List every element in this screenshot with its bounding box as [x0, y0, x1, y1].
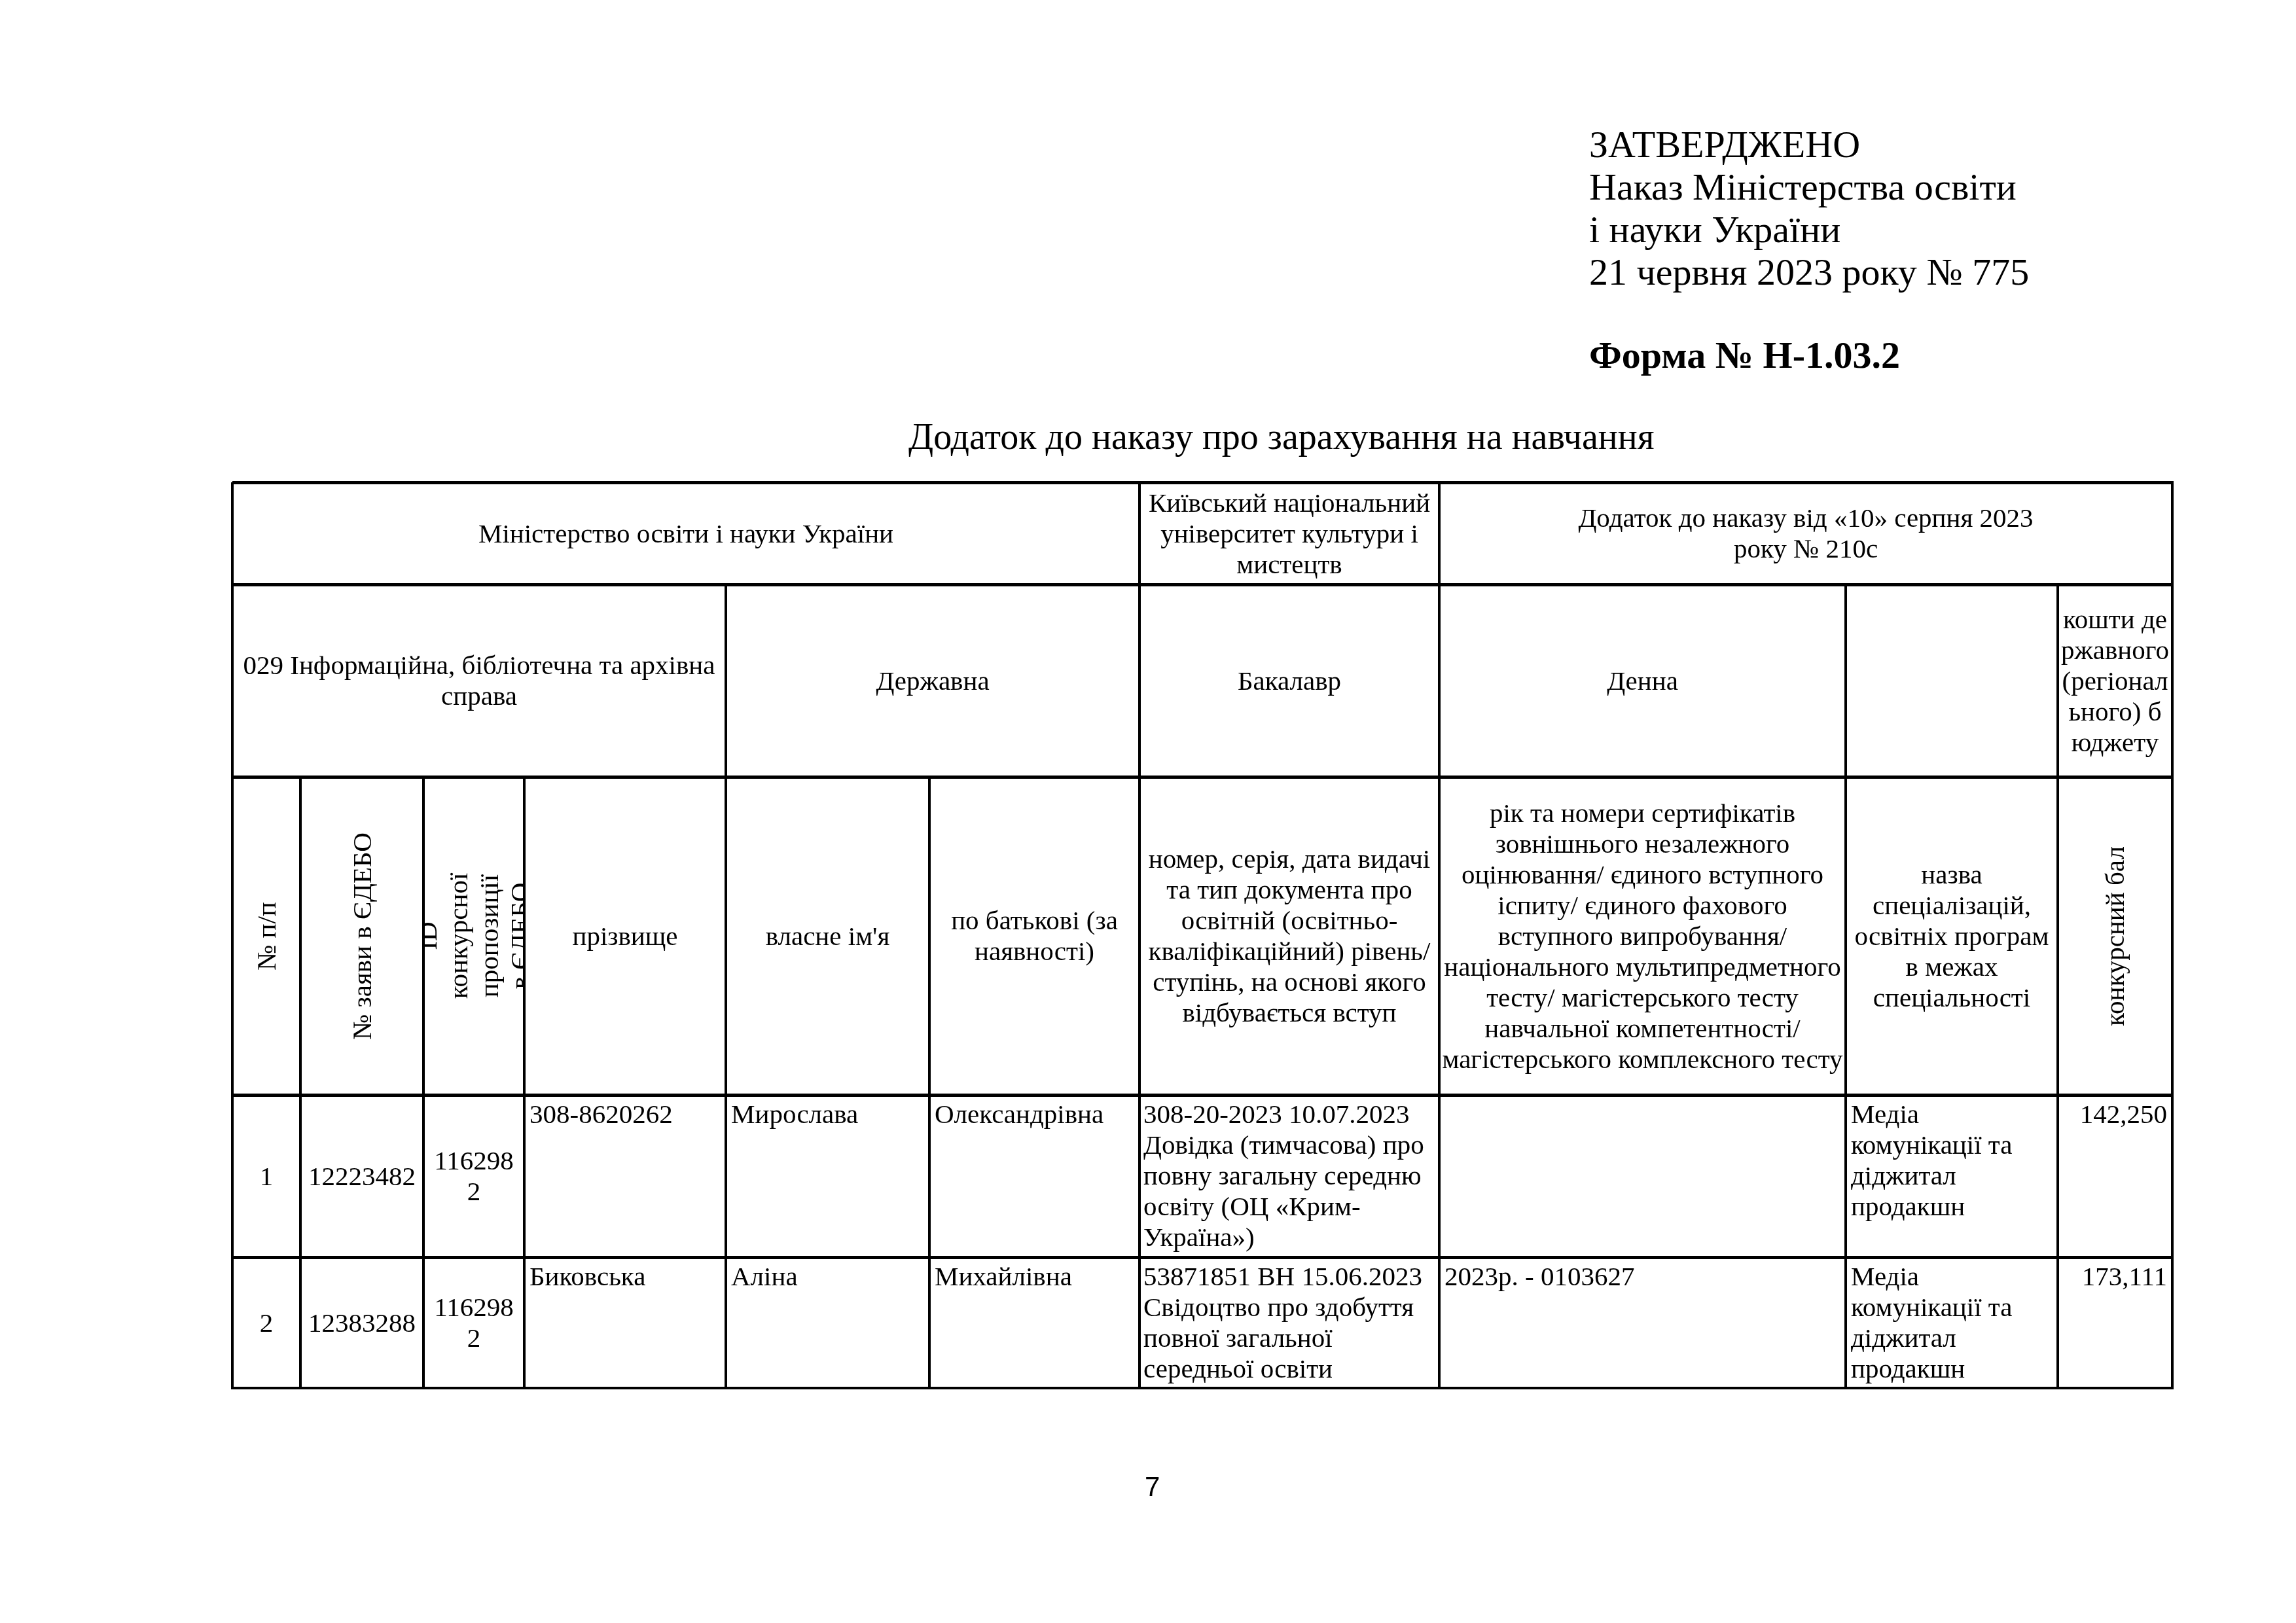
table-row-1-certificates	[1439, 1095, 1846, 1257]
cell-text: 2023р. - 0103627	[1444, 1261, 1634, 1292]
cell-text: 2	[260, 1308, 274, 1338]
col-divider	[2056, 584, 2059, 1389]
header-empty	[1846, 584, 2058, 777]
col-header-certificates: рік та номери сертифікатів зовнішнього н…	[1439, 777, 1846, 1095]
col-header-program: назва спеціалізацій, освітніх програм в …	[1846, 777, 2058, 1095]
col-divider	[1844, 584, 1847, 1389]
enrollment-table: Міністерство освіти і науки України Київ…	[232, 482, 2172, 1388]
header-university: Київський національний університет культ…	[1139, 482, 1439, 584]
approval-line: Наказ Міністерства освіти	[1589, 166, 2029, 208]
document-title: Додаток до наказу про зарахування на нав…	[908, 416, 1655, 458]
page-number: 7	[1145, 1472, 1160, 1501]
cell-text: Михайлівна	[935, 1261, 1072, 1292]
table-row-2-first-name: Аліна	[726, 1257, 929, 1388]
col-header-first-name: власне ім'я	[726, 777, 929, 1095]
col-divider	[422, 777, 425, 1389]
col-header-certificates-text: рік та номери сертифікатів зовнішнього н…	[1442, 798, 1843, 1075]
table-row-2-num: 2	[232, 1257, 300, 1388]
table-row-2-surname: Биковська	[524, 1257, 726, 1388]
approval-block: ЗАТВЕРДЖЕНО Наказ Міністерства освіти і …	[1589, 123, 2029, 293]
cell-text: Аліна	[731, 1261, 798, 1292]
table-row-2-score: 173,111	[2058, 1257, 2172, 1388]
table-row-2-offer-id: 1162982	[423, 1257, 524, 1388]
col-header-document-text: номер, серія, дата видачі та тип докумен…	[1142, 844, 1437, 1028]
header-ownership-text: Державна	[876, 666, 989, 696]
col-header-score: конкурсний бал	[2058, 777, 2172, 1095]
col-header-document: номер, серія, дата видачі та тип докумен…	[1139, 777, 1439, 1095]
col-header-score-text: конкурсний бал	[2100, 846, 2130, 1026]
cell-text: Медіа комунікації та діджитал продакшн	[1851, 1261, 2018, 1384]
cell-text: 1	[260, 1161, 274, 1192]
header-specialty-text: 029 Інформаційна, бібліотечна та архівна…	[235, 650, 723, 711]
col-header-application-id-text: № заяви в ЄДЕБО	[347, 832, 378, 1040]
col-divider	[928, 777, 931, 1389]
col-header-offer-id: ID конкурсної пропозиції в ЄДЕБО	[423, 777, 524, 1095]
cell-text: 12383288	[308, 1308, 416, 1338]
approval-line: ЗАТВЕРДЖЕНО	[1589, 123, 2029, 166]
col-header-first-name-text: власне ім'я	[766, 921, 890, 952]
col-header-patronymic-text: по батькові (за наявності)	[939, 905, 1130, 967]
table-row-1-application-id: 12223482	[300, 1095, 423, 1257]
col-divider	[1438, 482, 1441, 1389]
table-row-1-surname: 308-8620262	[524, 1095, 726, 1257]
header-order-text: Додаток до наказу від «10» серпня 2023 р…	[1557, 503, 2054, 564]
table-row-1-program: Медіа комунікації та діджитал продакшн	[1846, 1095, 2058, 1257]
cell-text: Медіа комунікації та діджитал продакшн	[1851, 1099, 2018, 1222]
table-row-2-patronymic: Михайлівна	[929, 1257, 1139, 1388]
cell-text: 12223482	[308, 1161, 416, 1192]
table-row-1-offer-id: 1162982	[423, 1095, 524, 1257]
col-divider	[299, 777, 302, 1389]
table-border-top	[232, 481, 2174, 484]
table-row-1-num: 1	[232, 1095, 300, 1257]
header-specialty: 029 Інформаційна, бібліотечна та архівна…	[232, 584, 726, 777]
table-row-2-program: Медіа комунікації та діджитал продакшн	[1846, 1257, 2058, 1388]
header-funding-text: кошти державного (регіонального) бюджету	[2059, 604, 2171, 758]
table-row-1-score: 142,250	[2058, 1095, 2172, 1257]
cell-text: 1162982	[430, 1292, 518, 1353]
table-row-2-certificates: 2023р. - 0103627	[1439, 1257, 1846, 1388]
table-row-2-document: 53871851 ВН 15.06.2023 Свідоцтво про здо…	[1139, 1257, 1439, 1388]
table-border-right	[2171, 482, 2174, 1389]
col-divider	[725, 584, 727, 1389]
header-degree-text: Бакалавр	[1238, 666, 1341, 696]
col-header-surname: прізвище	[524, 777, 726, 1095]
header-ownership: Державна	[726, 584, 1139, 777]
col-header-patronymic: по батькові (за наявності)	[929, 777, 1139, 1095]
cell-text: 142,250	[2080, 1099, 2167, 1130]
header-degree: Бакалавр	[1139, 584, 1439, 777]
header-ministry: Міністерство освіти і науки України	[232, 482, 1139, 584]
col-header-offer-id-text: ID конкурсної пропозиції в ЄДЕБО	[423, 873, 524, 999]
col-divider	[1138, 482, 1141, 1389]
approval-line: і науки України	[1589, 208, 2029, 251]
col-header-application-id: № заяви в ЄДЕБО	[300, 777, 423, 1095]
cell-text: 308-20-2023 10.07.2023 Довідка (тимчасов…	[1143, 1099, 1435, 1253]
cell-text: 308-8620262	[529, 1099, 673, 1130]
col-header-num-text: № п/п	[251, 902, 282, 971]
header-study-form: Денна	[1439, 584, 1846, 777]
cell-text: Биковська	[529, 1261, 645, 1292]
col-header-num: № п/п	[232, 777, 300, 1095]
row-divider	[232, 583, 2174, 586]
col-divider	[523, 777, 526, 1389]
header-funding: кошти державного (регіонального) бюджету	[2058, 584, 2172, 777]
approval-line: 21 червня 2023 року № 775	[1589, 251, 2029, 293]
cell-text: 173,111	[2082, 1261, 2167, 1292]
table-row-1-first-name: Мирослава	[726, 1095, 929, 1257]
table-row-2-application-id: 12383288	[300, 1257, 423, 1388]
table-border-left	[231, 482, 234, 1389]
header-order: Додаток до наказу від «10» серпня 2023 р…	[1439, 482, 2172, 584]
cell-text: Мирослава	[731, 1099, 858, 1130]
col-header-surname-text: прізвище	[572, 921, 677, 952]
table-row-1-patronymic: Олександрівна	[929, 1095, 1139, 1257]
header-university-text: Київський національний університет культ…	[1142, 488, 1437, 580]
cell-text: 53871851 ВН 15.06.2023 Свідоцтво про здо…	[1143, 1261, 1435, 1384]
cell-text: 1162982	[430, 1145, 518, 1207]
form-number: Форма № Н-1.03.2	[1589, 334, 1900, 376]
header-study-form-text: Денна	[1607, 666, 1678, 696]
cell-text: Олександрівна	[935, 1099, 1103, 1130]
table-row-1-document: 308-20-2023 10.07.2023 Довідка (тимчасов…	[1139, 1095, 1439, 1257]
header-ministry-text: Міністерство освіти і науки України	[478, 518, 893, 549]
col-header-program-text: назва спеціалізацій, освітніх програм в …	[1848, 859, 2055, 1013]
